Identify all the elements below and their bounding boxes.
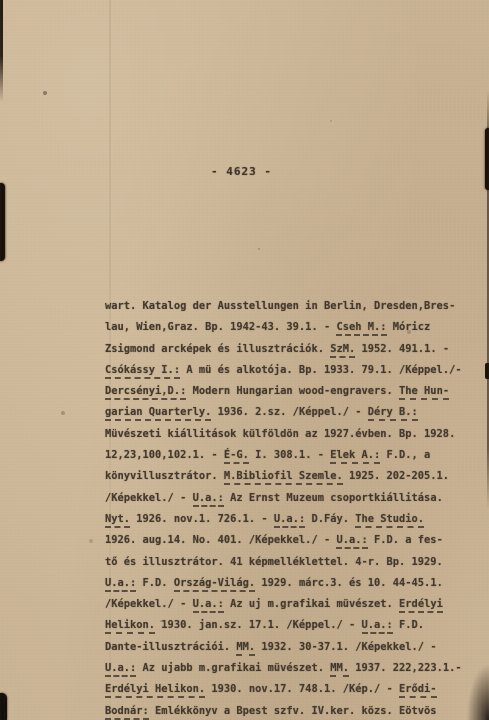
text-segment: Emlékkönyv a Bpest szfv. IV.ker. közs. E… — [149, 705, 437, 717]
text-segment: 1937. 222,223.1.- — [349, 662, 462, 674]
text-segment: Az uj m.grafikai müvészet. — [224, 598, 399, 610]
text-line: Dante-illusztrációi. MM. 1932. 30-37.1. … — [105, 637, 477, 658]
text-segment: 1925. 202-205.1. — [343, 470, 449, 482]
underlined-text: U.a.: — [193, 598, 224, 613]
text-segment: /Képekkel./ - — [105, 598, 193, 610]
text-segment: Móricz — [387, 321, 431, 333]
underlined-text: SzM. — [330, 343, 355, 358]
underlined-text: U.a.: — [105, 577, 136, 592]
text-line: Dercsényi,D.: Modern Hungarian wood-engr… — [105, 381, 477, 402]
text-line: könyvillusztrátor. M.Bibliofil Szemle. 1… — [105, 466, 477, 487]
text-segment: 1929. márc.3. és 10. 44-45.1. — [255, 577, 443, 589]
underlined-text: garian Quarterly. — [105, 406, 211, 421]
text-line: Müvészeti kiállitások külföldön az 1927.… — [105, 424, 477, 445]
underlined-text: Bodnár: — [105, 705, 149, 720]
text-line: Nyt. 1926. nov.1. 726.1. - U.a.: D.Fáy. … — [105, 509, 477, 530]
text-segment: Zsigmond arcképek és illusztrációk. — [105, 343, 330, 355]
underlined-text: MM. — [236, 641, 255, 656]
underlined-text: Déry B.: — [368, 406, 418, 421]
text-segment: Az ujabb m.grafikai müvészet. — [136, 662, 330, 674]
scan-artifact-left-top — [0, 0, 3, 102]
text-segment: 1952. 491.1. - — [355, 343, 449, 355]
underlined-text: M.Bibliofil Szemle. — [224, 470, 343, 485]
paper-specks — [0, 0, 2, 2]
text-line: /Képekkel./ - U.a.: Az Ernst Muzeum csop… — [105, 488, 477, 509]
text-line: Bodnár: Emlékkönyv a Bpest szfv. IV.ker.… — [105, 701, 477, 720]
text-segment: 1930. nov.17. 748.1. /Kép./ - — [205, 683, 399, 695]
underlined-text: MM. — [330, 662, 349, 677]
text-segment: 1932. 30-37.1. /Képekkel./ - — [255, 641, 436, 653]
underlined-text: É-G. — [224, 449, 249, 464]
text-segment: I. 308.1. - — [249, 449, 330, 461]
text-line: U.a.: Az ujabb m.grafikai müvészet. MM. … — [105, 658, 477, 679]
text-line: Erdélyi Helikon. 1930. nov.17. 748.1. /K… — [105, 679, 477, 700]
text-segment: 1930. jan.sz. 17.1. /Képpel./ - — [155, 619, 361, 631]
underlined-text: Cseh M.: — [336, 321, 386, 336]
text-segment: D.Fáy. — [305, 513, 355, 525]
text-line: Helikon. 1930. jan.sz. 17.1. /Képpel./ -… — [105, 615, 477, 636]
underlined-text: U.a.: — [362, 619, 393, 634]
text-segment: tő és illusztrátor. 41 képmelléklettel. … — [105, 556, 443, 568]
text-segment: Müvészeti kiállitások külföldön az 1927.… — [105, 428, 455, 440]
text-segment: F.D., a — [380, 449, 430, 461]
text-segment: F.D. — [393, 619, 424, 631]
underlined-text: U.a.: — [336, 534, 367, 549]
text-line: wart. Katalog der Ausstellungen in Berli… — [105, 296, 477, 317]
underlined-text: Nyt. — [105, 513, 130, 528]
text-segment: A mü és alkotója. Bp. 1933. 79.1. /Képpe… — [180, 364, 462, 376]
text-block: wart. Katalog der Ausstellungen in Berli… — [105, 296, 477, 720]
underlined-text: Elek A.: — [330, 449, 380, 464]
text-segment: Az Ernst Muzeum csoportkiállitása. — [224, 492, 443, 504]
scan-artifact-right-blob-middle — [485, 363, 489, 379]
underlined-text: Erődi- — [399, 683, 437, 698]
scan-artifact-right-blob-upper — [485, 128, 489, 190]
underlined-text: The Studio. — [355, 513, 424, 528]
underlined-text: The Hun- — [399, 385, 449, 400]
text-line: Csókássy I.: A mü és alkotója. Bp. 1933.… — [105, 360, 477, 381]
underlined-text: Erdélyi — [399, 598, 443, 613]
underlined-text: U.a.: — [193, 492, 224, 507]
scanned-document-page: - 4623 - wart. Katalog der Ausstellungen… — [0, 0, 489, 720]
text-line: U.a.: F.D. Ország-Világ. 1929. márc.3. é… — [105, 573, 477, 594]
text-segment: könyvillusztrátor. — [105, 470, 224, 482]
text-segment: Modern Hungarian wood-engravers. — [186, 385, 399, 397]
text-segment: lau, Wien,Graz. Bp. 1942-43. 39.1. - — [105, 321, 336, 333]
text-segment: wart. Katalog der Ausstellungen in Berli… — [105, 300, 455, 312]
text-line: 12,23,100,102.1. - É-G. I. 308.1. - Elek… — [105, 445, 477, 466]
underlined-text: U.a.: — [105, 662, 136, 677]
text-line: /Képekkel./ - U.a.: Az uj m.grafikai müv… — [105, 594, 477, 615]
text-line: garian Quarterly. 1936. 2.sz. /Képpel./ … — [105, 402, 477, 423]
text-segment: 1926. nov.1. 726.1. - — [130, 513, 274, 525]
text-segment: Dante-illusztrációi. — [105, 641, 236, 653]
text-line: tő és illusztrátor. 41 képmelléklettel. … — [105, 552, 477, 573]
text-segment: 12,23,100,102.1. - — [105, 449, 224, 461]
underlined-text: Erdélyi Helikon. — [105, 683, 205, 698]
underlined-text: U.a.: — [274, 513, 305, 528]
scan-artifact-left-bottom — [0, 693, 7, 720]
underlined-text: Csókássy I.: — [105, 364, 180, 379]
text-segment: F.D. — [136, 577, 174, 589]
underlined-text: Dercsényi,D.: — [105, 385, 186, 400]
underlined-text: Ország-Világ. — [174, 577, 255, 592]
text-segment: F.D. a fes- — [368, 534, 443, 546]
page-number: - 4623 - — [211, 165, 272, 178]
scan-artifact-left-blob — [0, 183, 5, 261]
text-segment: 1936. 2.sz. /Képpel./ - — [211, 406, 367, 418]
underlined-text: Helikon. — [105, 619, 155, 634]
text-line: 1926. aug.14. No. 401. /Képekkel./ - U.a… — [105, 530, 477, 551]
text-line: Zsigmond arcképek és illusztrációk. SzM.… — [105, 339, 477, 360]
text-segment: /Képekkel./ - — [105, 492, 193, 504]
text-line: lau, Wien,Graz. Bp. 1942-43. 39.1. - Cse… — [105, 317, 477, 338]
text-segment: 1926. aug.14. No. 401. /Képekkel./ - — [105, 534, 336, 546]
